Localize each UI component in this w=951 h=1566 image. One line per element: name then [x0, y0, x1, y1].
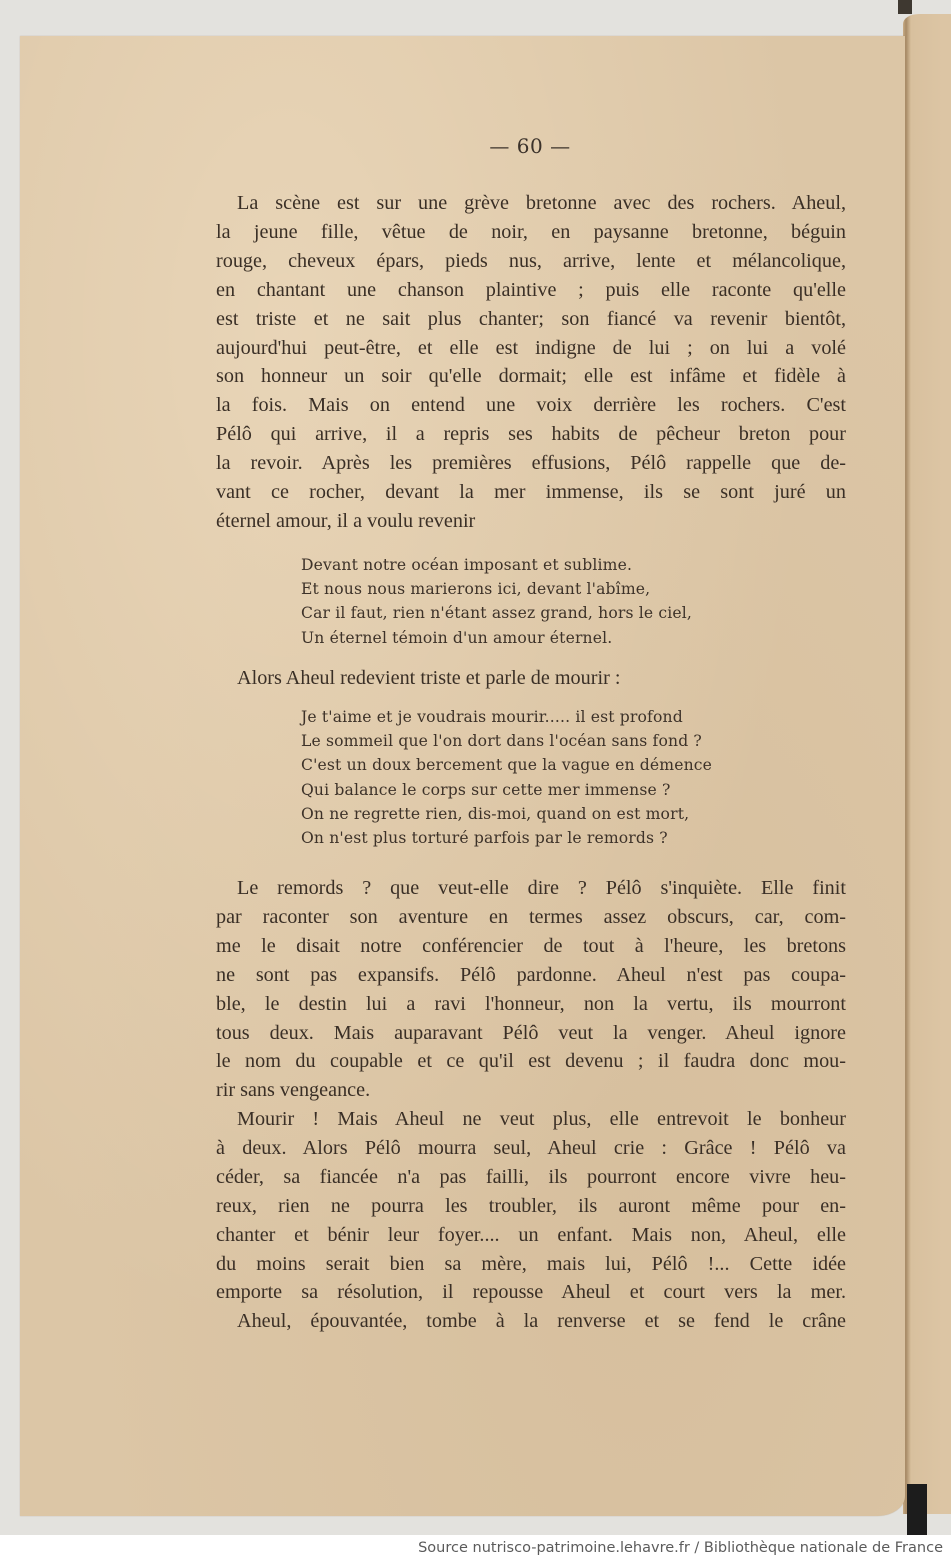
paragraph-2: Alors Aheul redevient triste et parle de… [216, 664, 846, 693]
document-viewer: — 60 — La scène est sur une grève breton… [0, 0, 951, 1535]
text-line: Pélô qui arrive, il a repris ses habits … [216, 420, 846, 449]
text-line: rir sans vengeance. [216, 1076, 846, 1105]
text-line: tous deux. Mais auparavant Pélô veut la … [216, 1019, 846, 1048]
book-spine-bottom [907, 1484, 927, 1535]
paragraph-4: Mourir ! Mais Aheul ne veut plus, elle e… [216, 1105, 846, 1307]
text-line: Aheul, épouvantée, tombe à la renverse e… [216, 1307, 846, 1336]
text-line: par raconter son aventure en termes asse… [216, 903, 846, 932]
text-line: céder, sa fiancée n'a pas failli, ils po… [216, 1163, 846, 1192]
text-line: reux, rien ne pourra les troubler, ils a… [216, 1192, 846, 1221]
text-line: la revoir. Après les premières effusions… [216, 449, 846, 478]
text-line: Le remords ? que veut-elle dire ? Pélô s… [216, 874, 846, 903]
text-line: ble, le destin lui a ravi l'honneur, non… [216, 990, 846, 1019]
text-line: Mourir ! Mais Aheul ne veut plus, elle e… [216, 1105, 846, 1134]
text-line: du moins serait bien sa mère, mais lui, … [216, 1250, 846, 1279]
text-line: rouge, cheveux épars, pieds nus, arrive,… [216, 247, 846, 276]
verse-line: Car il faut, rien n'étant assez grand, h… [301, 601, 692, 625]
book-spine-top [898, 0, 912, 14]
verse-line: On ne regrette rien, dis-moi, quand on e… [301, 802, 712, 826]
text-line: à deux. Alors Pélô mourra seul, Aheul cr… [216, 1134, 846, 1163]
paragraph-5: Aheul, épouvantée, tombe à la renverse e… [216, 1307, 846, 1336]
paragraph-3: Le remords ? que veut-elle dire ? Pélô s… [216, 874, 846, 1105]
text-line: ne sont pas expansifs. Pélô pardonne. Ah… [216, 961, 846, 990]
text-line: me le disait notre conférencier de tout … [216, 932, 846, 961]
verse-line: Qui balance le corps sur cette mer immen… [301, 778, 712, 802]
text-line: Alors Aheul redevient triste et parle de… [216, 664, 846, 693]
text-line: est triste et ne sait plus chanter; son … [216, 305, 846, 334]
text-line: en chantant une chanson plaintive ; puis… [216, 276, 846, 305]
text-line: éternel amour, il a voulu revenir [216, 507, 846, 536]
verse-line: On n'est plus torturé parfois par le rem… [301, 826, 712, 850]
text-line: chanter et bénir leur foyer.... un enfan… [216, 1221, 846, 1250]
text-line: La scène est sur une grève bretonne avec… [216, 189, 846, 218]
book-binding-edge [903, 14, 951, 1514]
text-line: vant ce rocher, devant la mer immense, i… [216, 478, 846, 507]
text-line: la fois. Mais on entend une voix derrièr… [216, 391, 846, 420]
text-line: la jeune fille, vêtue de noir, en paysan… [216, 218, 846, 247]
verse-line: C'est un doux bercement que la vague en … [301, 753, 712, 777]
verse-line: Je t'aime et je voudrais mourir..... il … [301, 705, 712, 729]
verse-line: Un éternel témoin d'un amour éternel. [301, 626, 692, 650]
verse-line: Et nous nous marierons ici, devant l'abî… [301, 577, 692, 601]
verse-2: Je t'aime et je voudrais mourir..... il … [301, 705, 712, 850]
page-number: — 60 — [0, 134, 951, 158]
source-attribution: Source nutrisco-patrimoine.lehavre.fr / … [418, 1540, 943, 1556]
text-line: emporte sa résolution, il repousse Aheul… [216, 1278, 846, 1307]
verse-line: Devant notre océan imposant et sublime. [301, 553, 692, 577]
verse-1: Devant notre océan imposant et sublime. … [301, 553, 692, 650]
text-line: le nom du coupable et ce qu'il est deven… [216, 1047, 846, 1076]
paragraph-1: La scène est sur une grève bretonne avec… [216, 189, 846, 536]
text-line: aujourd'hui peut-être, et elle est indig… [216, 334, 846, 363]
text-line: son honneur un soir qu'elle dormait; ell… [216, 362, 846, 391]
verse-line: Le sommeil que l'on dort dans l'océan sa… [301, 729, 712, 753]
